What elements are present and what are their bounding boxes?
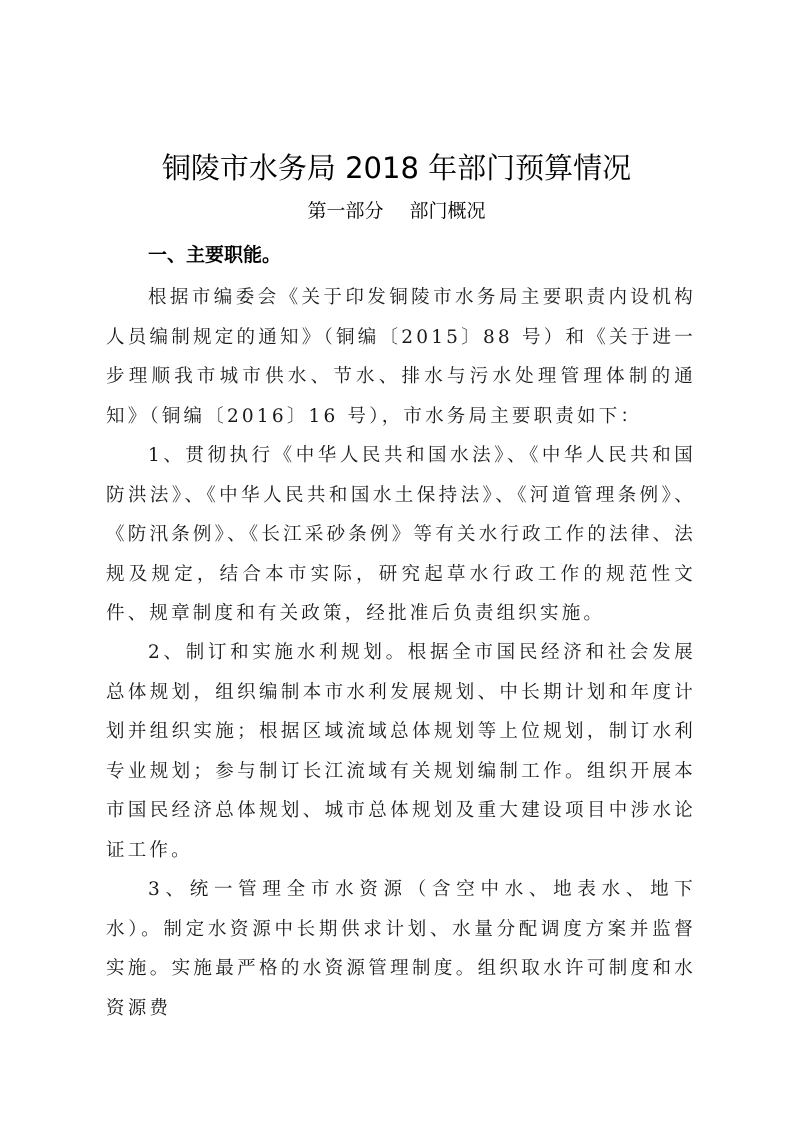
body-paragraph-duty-1: 1、贯彻执行《中华人民共和国水法》、《中华人民共和国防洪法》、《中华人民共和国水… (106, 436, 696, 634)
subtitle-part: 第一部分 (307, 200, 383, 222)
body-paragraph-duty-3: 3、统一管理全市水资源（含空中水、地表水、地下水）。制定水资源中长期供求计划、水… (106, 870, 696, 1028)
body-paragraph-duty-2: 2、制订和实施水利规划。根据全市国民经济和社会发展总体规划，组织编制本市水利发展… (106, 633, 696, 870)
paragraph-text: 根据市编委会《关于印发铜陵市水务局主要职责内设机构人员编制规定的通知》（铜编〔2… (106, 278, 696, 436)
subtitle-name: 部门概况 (410, 200, 486, 222)
paragraph-text: 3、统一管理全市水资源（含空中水、地表水、地下水）。制定水资源中长期供求计划、水… (106, 870, 696, 1028)
body-paragraph-intro: 根据市编委会《关于印发铜陵市水务局主要职责内设机构人员编制规定的通知》（铜编〔2… (106, 278, 696, 436)
document-title: 铜陵市水务局 2018 年部门预算情况 (0, 146, 793, 190)
section-heading-main-functions: 一、主要职能。 (148, 240, 281, 270)
paragraph-text: 2、制订和实施水利规划。根据全市国民经济和社会发展总体规划，组织编制本市水利发展… (106, 633, 696, 870)
document-page: 铜陵市水务局 2018 年部门预算情况 第一部分部门概况 一、主要职能。 根据市… (0, 0, 793, 1122)
paragraph-text: 1、贯彻执行《中华人民共和国水法》、《中华人民共和国防洪法》、《中华人民共和国水… (106, 436, 696, 634)
document-subtitle: 第一部分部门概况 (0, 196, 793, 226)
